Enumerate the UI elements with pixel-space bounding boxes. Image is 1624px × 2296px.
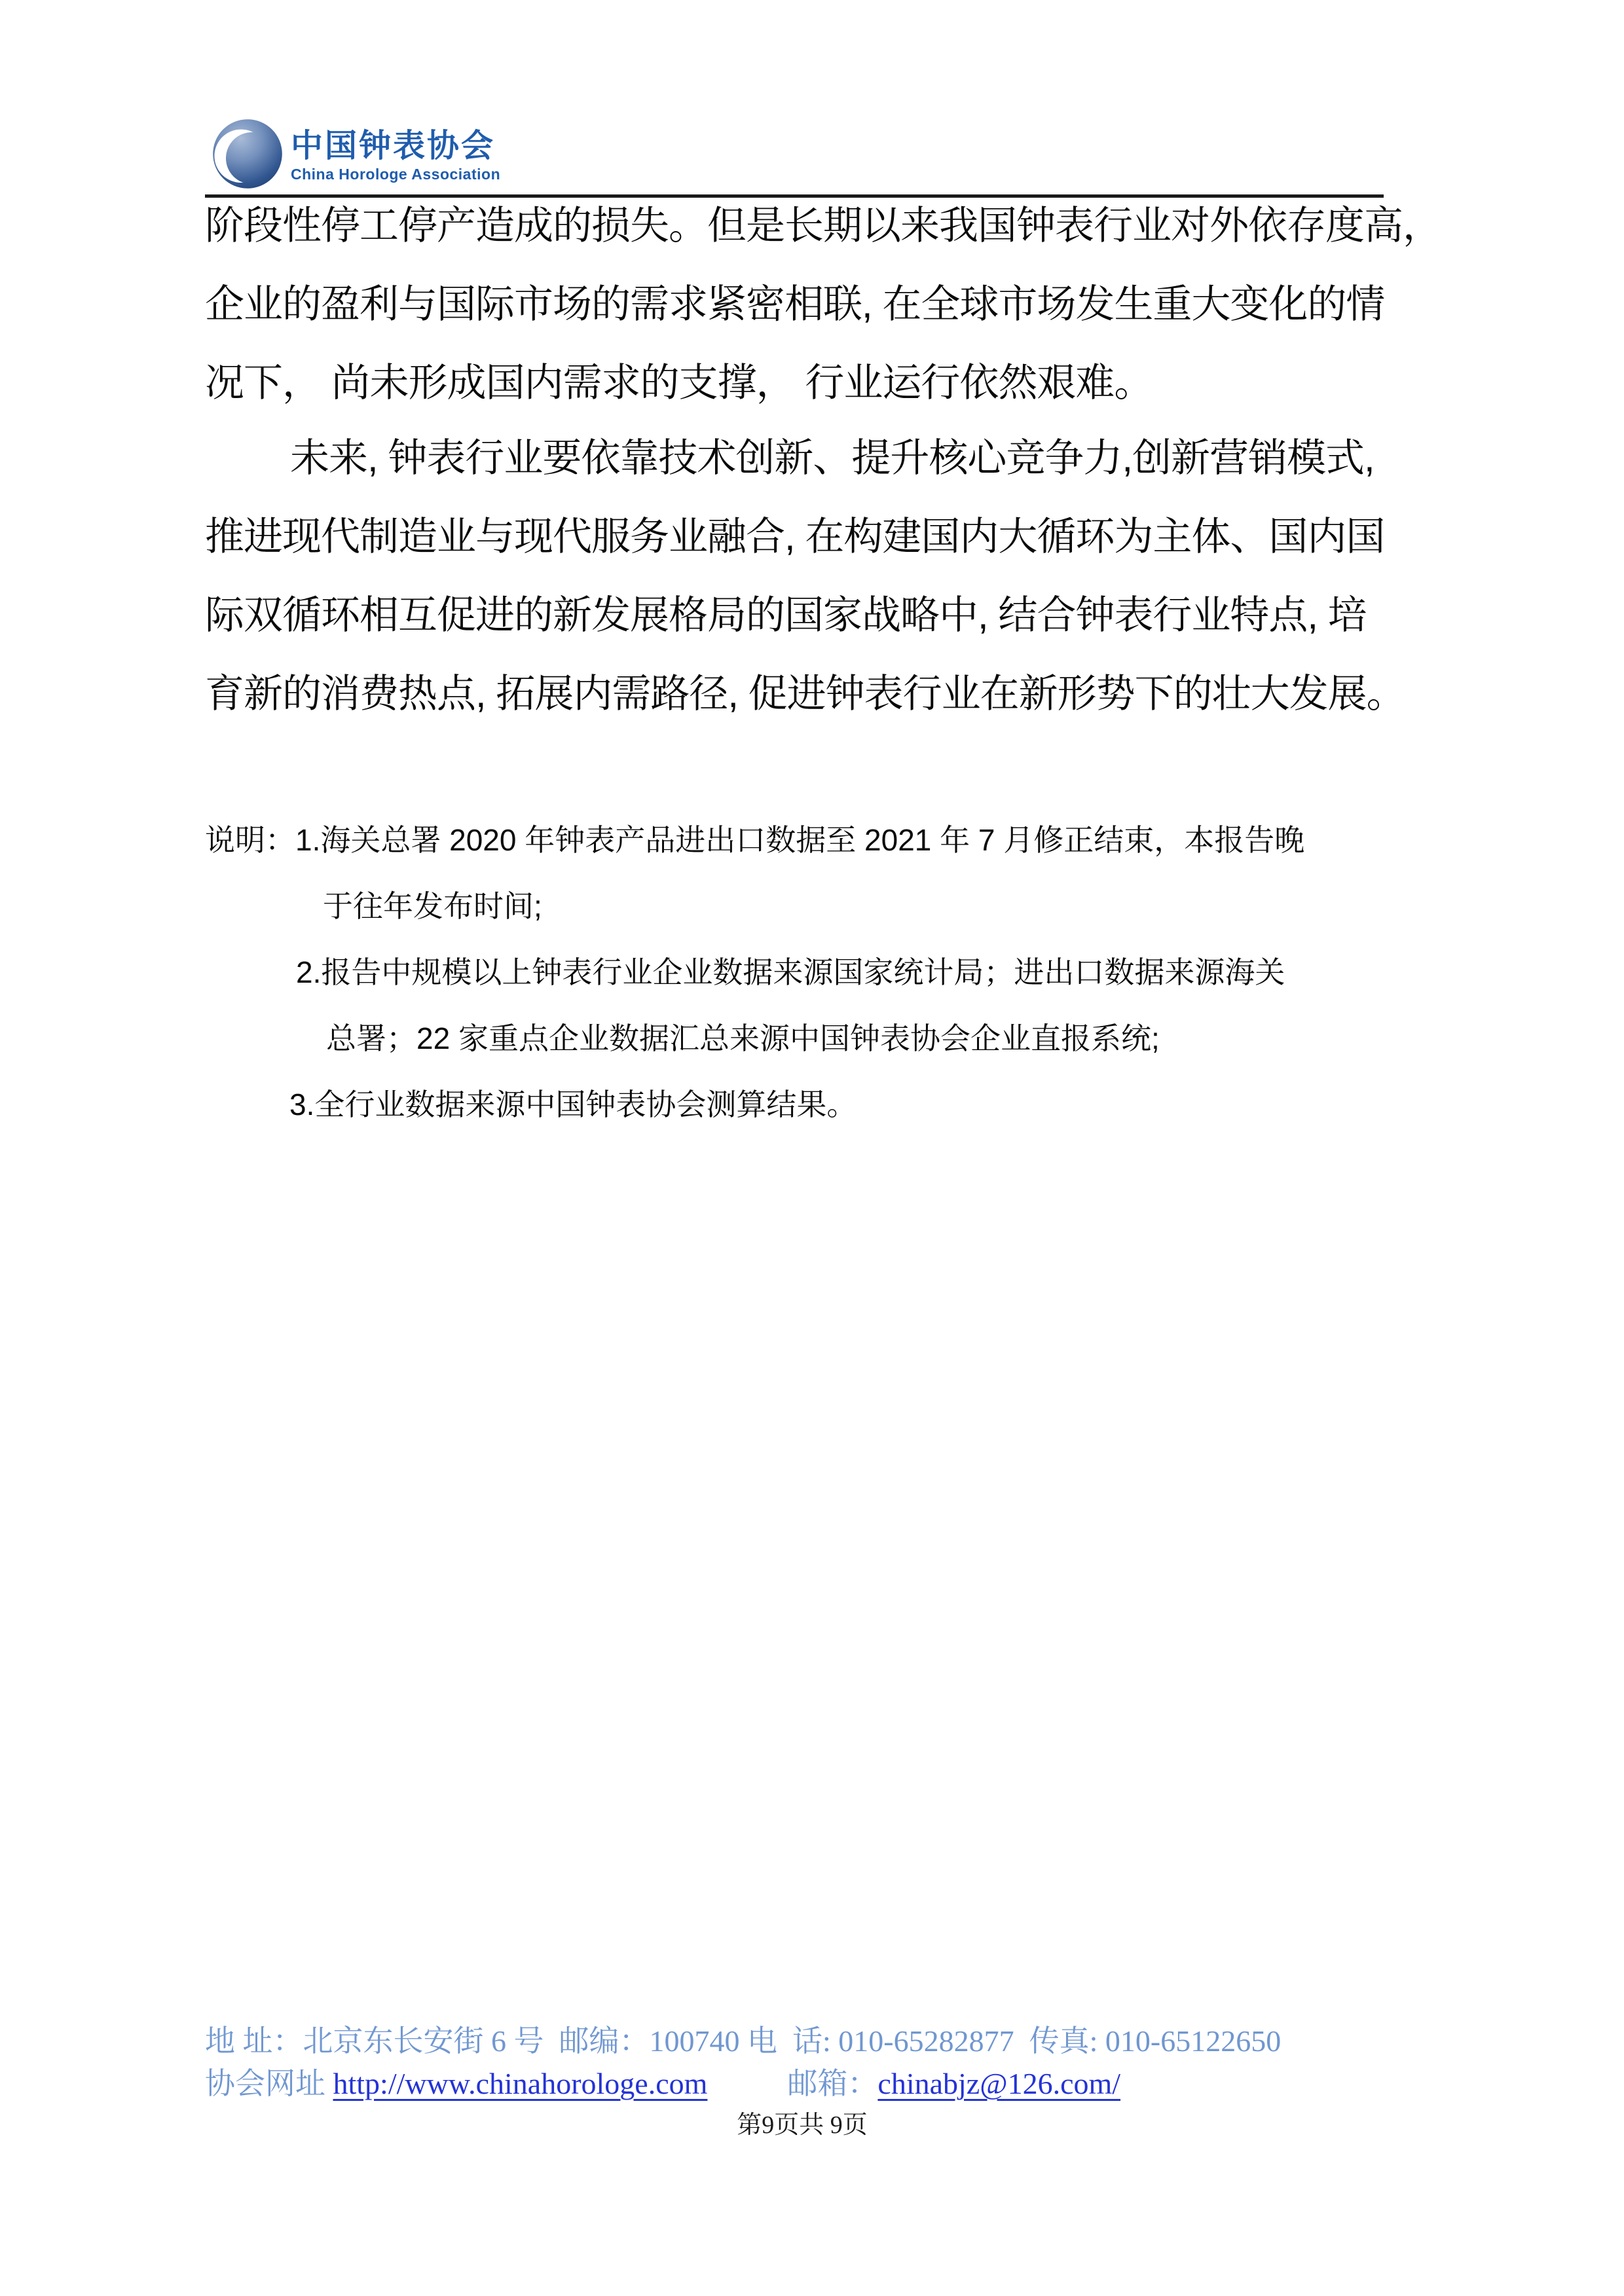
body-line: 未来, 钟表行业要依靠技术创新、提升核心竞争力,创新营销模式, bbox=[205, 419, 1398, 498]
footer-address-line: 地 址：北京东长安街 6 号 邮编：100740 电 话: 010-652828… bbox=[205, 2022, 1281, 2061]
website-link[interactable]: http://www.chinahorologe.com bbox=[333, 2067, 708, 2100]
body-line: 推进现代制造业与现代服务业融合, 在构建国内大循环为主体、国内国 bbox=[205, 498, 1398, 576]
note-line: 2.报告中规模以上钟表行业企业数据来源国家统计局；进出口数据来源海关 bbox=[205, 939, 1423, 1006]
document-page: 中国钟表协会 China Horologe Association 阶段性停工停… bbox=[0, 0, 1624, 2296]
logo-en-text: China Horologe Association bbox=[291, 166, 500, 183]
note-line: 3.全行业数据来源中国钟表协会测算结果。 bbox=[205, 1072, 1423, 1138]
website-label: 协会网址 bbox=[205, 2067, 333, 2100]
body-line: 育新的消费热点, 拓展内需路径, 促进钟表行业在新形势下的壮大发展。 bbox=[205, 655, 1398, 733]
note-line: 总署；22 家重点企业数据汇总来源中国钟表协会企业直报系统; bbox=[205, 1006, 1423, 1072]
email-link[interactable]: chinabjz@126.com/ bbox=[877, 2067, 1120, 2100]
paragraph-1: 阶段性停工停产造成的损失。但是长期以来我国钟表行业对外依存度高， 企业的盈利与国… bbox=[205, 187, 1398, 422]
email-label: 邮箱： bbox=[787, 2067, 877, 2100]
notes-section: 说明：1.海关总署 2020 年钟表产品进出口数据至 2021 年 7 月修正结… bbox=[205, 807, 1423, 1138]
body-line: 况下， 尚未形成国内需求的支撑， 行业运行依然艰难。 bbox=[205, 344, 1398, 422]
body-line: 际双循环相互促进的新发展格局的国家战略中, 结合钟表行业特点, 培 bbox=[205, 576, 1398, 655]
association-logo: 中国钟表协会 China Horologe Association bbox=[211, 118, 500, 190]
page-number: 第9页共 9页 bbox=[0, 2104, 1604, 2140]
body-line: 阶段性停工停产造成的损失。但是长期以来我国钟表行业对外依存度高， bbox=[205, 187, 1398, 265]
body-line: 企业的盈利与国际市场的需求紧密相联, 在全球市场发生重大变化的情 bbox=[205, 265, 1398, 344]
logo-globe-icon bbox=[211, 118, 284, 190]
logo-text: 中国钟表协会 China Horologe Association bbox=[291, 118, 500, 183]
footer-links-line: 协会网址 http://www.chinahorologe.com邮箱：chin… bbox=[205, 2064, 1120, 2104]
paragraph-2: 未来, 钟表行业要依靠技术创新、提升核心竞争力,创新营销模式, 推进现代制造业与… bbox=[205, 419, 1398, 733]
note-line: 说明：1.海关总署 2020 年钟表产品进出口数据至 2021 年 7 月修正结… bbox=[205, 807, 1423, 873]
logo-cn-text: 中国钟表协会 bbox=[291, 130, 500, 162]
note-line: 于往年发布时间; bbox=[205, 873, 1423, 939]
